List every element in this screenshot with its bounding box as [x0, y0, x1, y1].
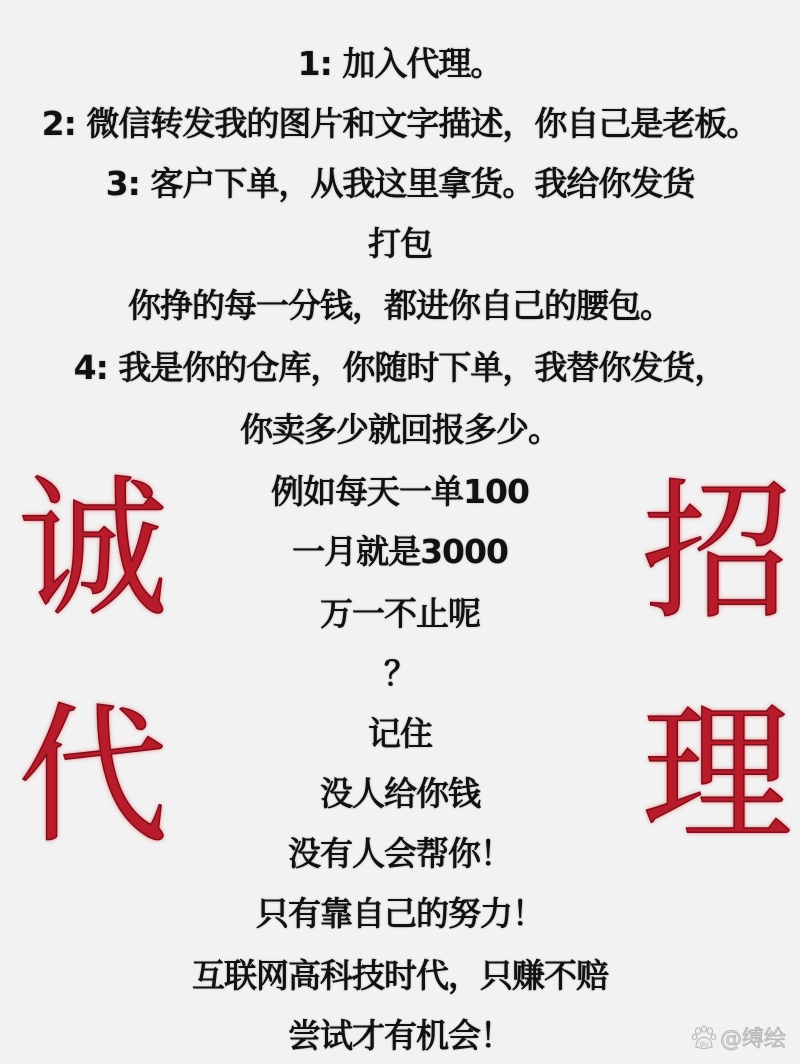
big-char-zhao: 招 [642, 478, 792, 628]
big-char-dai: 代 [18, 702, 168, 852]
watermark: du @缚绘 [691, 1022, 786, 1053]
text-line-3: 3: 客户下单，从我这里拿货。我给你发货 [0, 164, 800, 204]
text-line-6: 4: 我是你的仓库，你随时下单，我替你发货， [0, 348, 800, 388]
watermark-text: @缚绘 [720, 1022, 786, 1053]
text-line-15: 只有靠自己的努力！ [0, 894, 800, 934]
text-line-16: 互联网高科技时代，只赚不赔 [0, 956, 800, 996]
baidu-paw-icon: du [691, 1025, 717, 1051]
text-line-2: 2: 微信转发我的图片和文字描述，你自己是老板。 [0, 104, 800, 144]
text-line-1: 1: 加入代理。 [0, 44, 800, 84]
text-line-5: 你挣的每一分钱，都进你自己的腰包。 [0, 286, 800, 326]
text-line-17: 尝试才有机会！ [0, 1016, 800, 1056]
text-line-4: 打包 [0, 224, 800, 264]
big-char-cheng: 诚 [18, 475, 168, 625]
svg-text:du: du [700, 1040, 709, 1048]
big-char-li: 理 [642, 700, 792, 850]
text-line-7: 你卖多少就回报多少。 [0, 410, 800, 450]
